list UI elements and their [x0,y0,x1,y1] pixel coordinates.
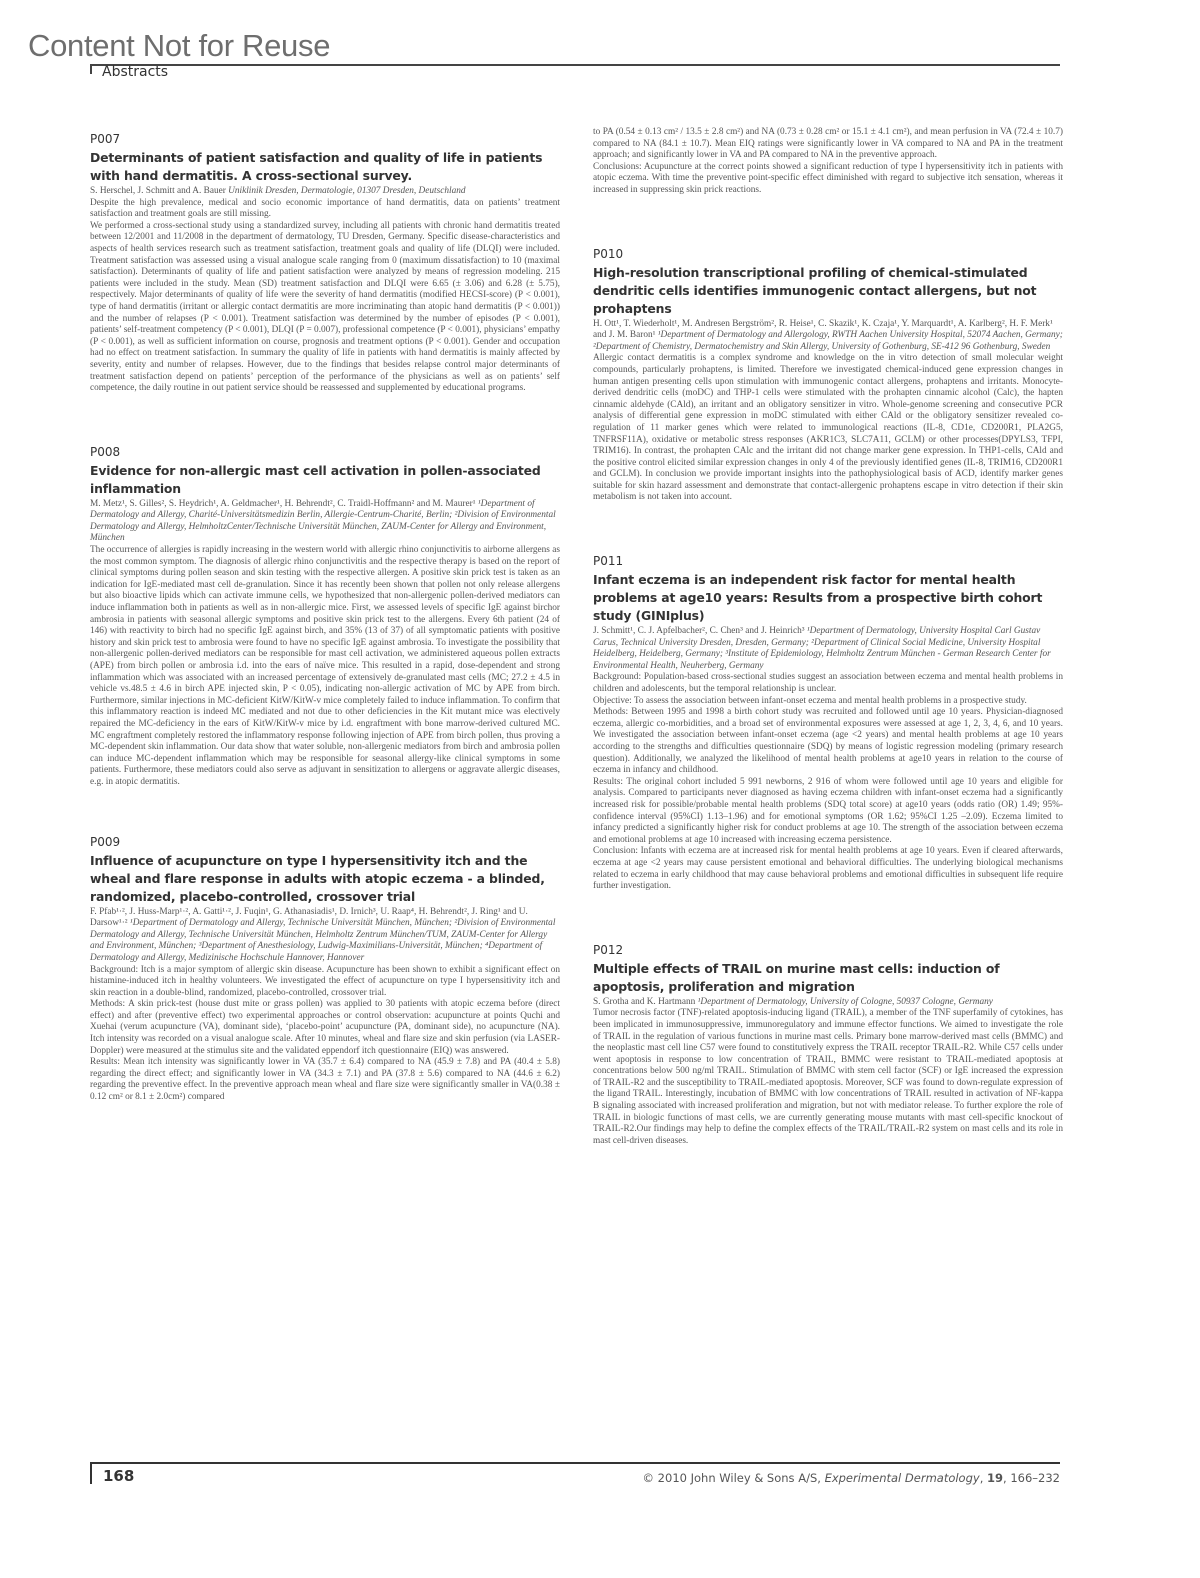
abstract-p010: P010 High-resolution transcriptional pro… [593,247,1063,505]
affiliation: ¹Department of Dermatology and Allergy, … [90,918,555,963]
copyright-prefix: © 2010 John Wiley & Sons A/S, [643,1471,825,1485]
paragraph: Results: Mean itch intensity was signifi… [90,1057,560,1103]
paragraph: We performed a cross-sectional study usi… [90,221,560,395]
paragraph: Methods: Between 1995 and 1998 a birth c… [593,707,1063,777]
abstract-body: Tumor necrosis factor (TNF)-related apop… [593,1008,1063,1147]
abstract-authors: S. Grotha and K. Hartmann ¹Department of… [593,997,1063,1009]
abstract-authors: J. Schmitt¹, C. J. Apfelbacher², C. Chen… [593,626,1063,672]
paragraph: Conclusions: Acupuncture at the correct … [593,162,1063,197]
abstract-body: to PA (0.54 ± 0.13 cm² / 13.5 ± 2.8 cm²)… [593,127,1063,197]
abstract-p011: P011 Infant eczema is an independent ris… [593,554,1063,893]
abstract-id: P011 [593,554,1063,568]
author-list: J. Schmitt¹, C. J. Apfelbacher², C. Chen… [593,626,805,636]
author-list: M. Metz¹, S. Gilles², S. Heydrich¹, A. G… [90,499,475,509]
abstract-p009-continued: to PA (0.54 ± 0.13 cm² / 13.5 ± 2.8 cm²)… [593,127,1063,197]
paragraph: Despite the high prevalence, medical and… [90,198,560,221]
affiliation: Uniklinik Dresden, Dermatologie, 01307 D… [228,186,465,196]
volume: 19 [987,1471,1003,1485]
author-list: S. Grotha and K. Hartmann [593,997,695,1007]
footer-rule [90,1462,1060,1464]
abstract-authors: F. Pfab¹·², J. Huss-Marp¹·², A. Gatti¹·²… [90,907,560,965]
abstract-title: Infant eczema is an independent risk fac… [593,571,1063,625]
paragraph: The occurrence of allergies is rapidly i… [90,545,560,788]
header-rule [90,64,1060,66]
abstract-title: Evidence for non-allergic mast cell acti… [90,462,560,498]
paragraph: Background: Itch is a major symptom of a… [90,965,560,1000]
paragraph: Background: Population-based cross-secti… [593,672,1063,695]
copyright-line: © 2010 John Wiley & Sons A/S, Experiment… [643,1471,1060,1485]
abstract-id: P009 [90,835,560,849]
paragraph: Results: The original cohort included 5 … [593,777,1063,847]
abstract-p009: P009 Influence of acupuncture on type I … [90,835,560,1104]
right-column: to PA (0.54 ± 0.13 cm² / 13.5 ± 2.8 cm²)… [593,127,1063,1147]
abstract-id: P012 [593,943,1063,957]
abstract-authors: H. Ott¹, T. Wiederholt¹, M. Andresen Ber… [593,319,1063,354]
abstract-title: Influence of acupuncture on type I hyper… [90,852,560,906]
journal-name: Experimental Dermatology [825,1471,980,1485]
footer-tick [90,1462,92,1484]
affiliation: ¹Department of Dermatology and Allergolo… [593,330,1063,352]
abstract-p007: P007 Determinants of patient satisfactio… [90,132,560,395]
abstract-authors: M. Metz¹, S. Gilles², S. Heydrich¹, A. G… [90,499,560,545]
watermark: Content Not for Reuse [28,28,330,64]
paragraph: Tumor necrosis factor (TNF)-related apop… [593,1008,1063,1147]
paragraph: to PA (0.54 ± 0.13 cm² / 13.5 ± 2.8 cm²)… [593,127,1063,162]
abstract-title: High-resolution transcriptional profilin… [593,264,1063,318]
page-number: 168 [103,1467,134,1485]
author-list: S. Herschel, J. Schmitt and A. Bauer [90,186,226,196]
running-head: Abstracts [102,64,168,80]
affiliation: ¹Department of Dermatology, University o… [698,997,993,1007]
abstract-body: Background: Itch is a major symptom of a… [90,965,560,1104]
abstract-body: Despite the high prevalence, medical and… [90,198,560,395]
left-column: P007 Determinants of patient satisfactio… [90,132,560,1104]
page-range: , 166–232 [1003,1471,1060,1485]
abstract-title: Determinants of patient satisfaction and… [90,149,560,185]
abstract-body: The occurrence of allergies is rapidly i… [90,545,560,788]
paragraph: Objective: To assess the association bet… [593,696,1063,708]
abstract-id: P008 [90,445,560,459]
abstract-authors: S. Herschel, J. Schmitt and A. Bauer Uni… [90,186,560,198]
abstract-p008: P008 Evidence for non-allergic mast cell… [90,445,560,789]
paragraph: Allergic contact dermatitis is a complex… [593,353,1063,504]
abstract-body: Allergic contact dermatitis is a complex… [593,353,1063,504]
abstract-id: P010 [593,247,1063,261]
separator: , [980,1471,987,1485]
header-tick [90,64,92,74]
paragraph: Conclusion: Infants with eczema are at i… [593,846,1063,892]
paragraph: Methods: A skin prick-test (house dust m… [90,999,560,1057]
abstract-body: Background: Population-based cross-secti… [593,672,1063,892]
abstract-p012: P012 Multiple effects of TRAIL on murine… [593,943,1063,1148]
abstract-title: Multiple effects of TRAIL on murine mast… [593,960,1063,996]
abstract-id: P007 [90,132,560,146]
